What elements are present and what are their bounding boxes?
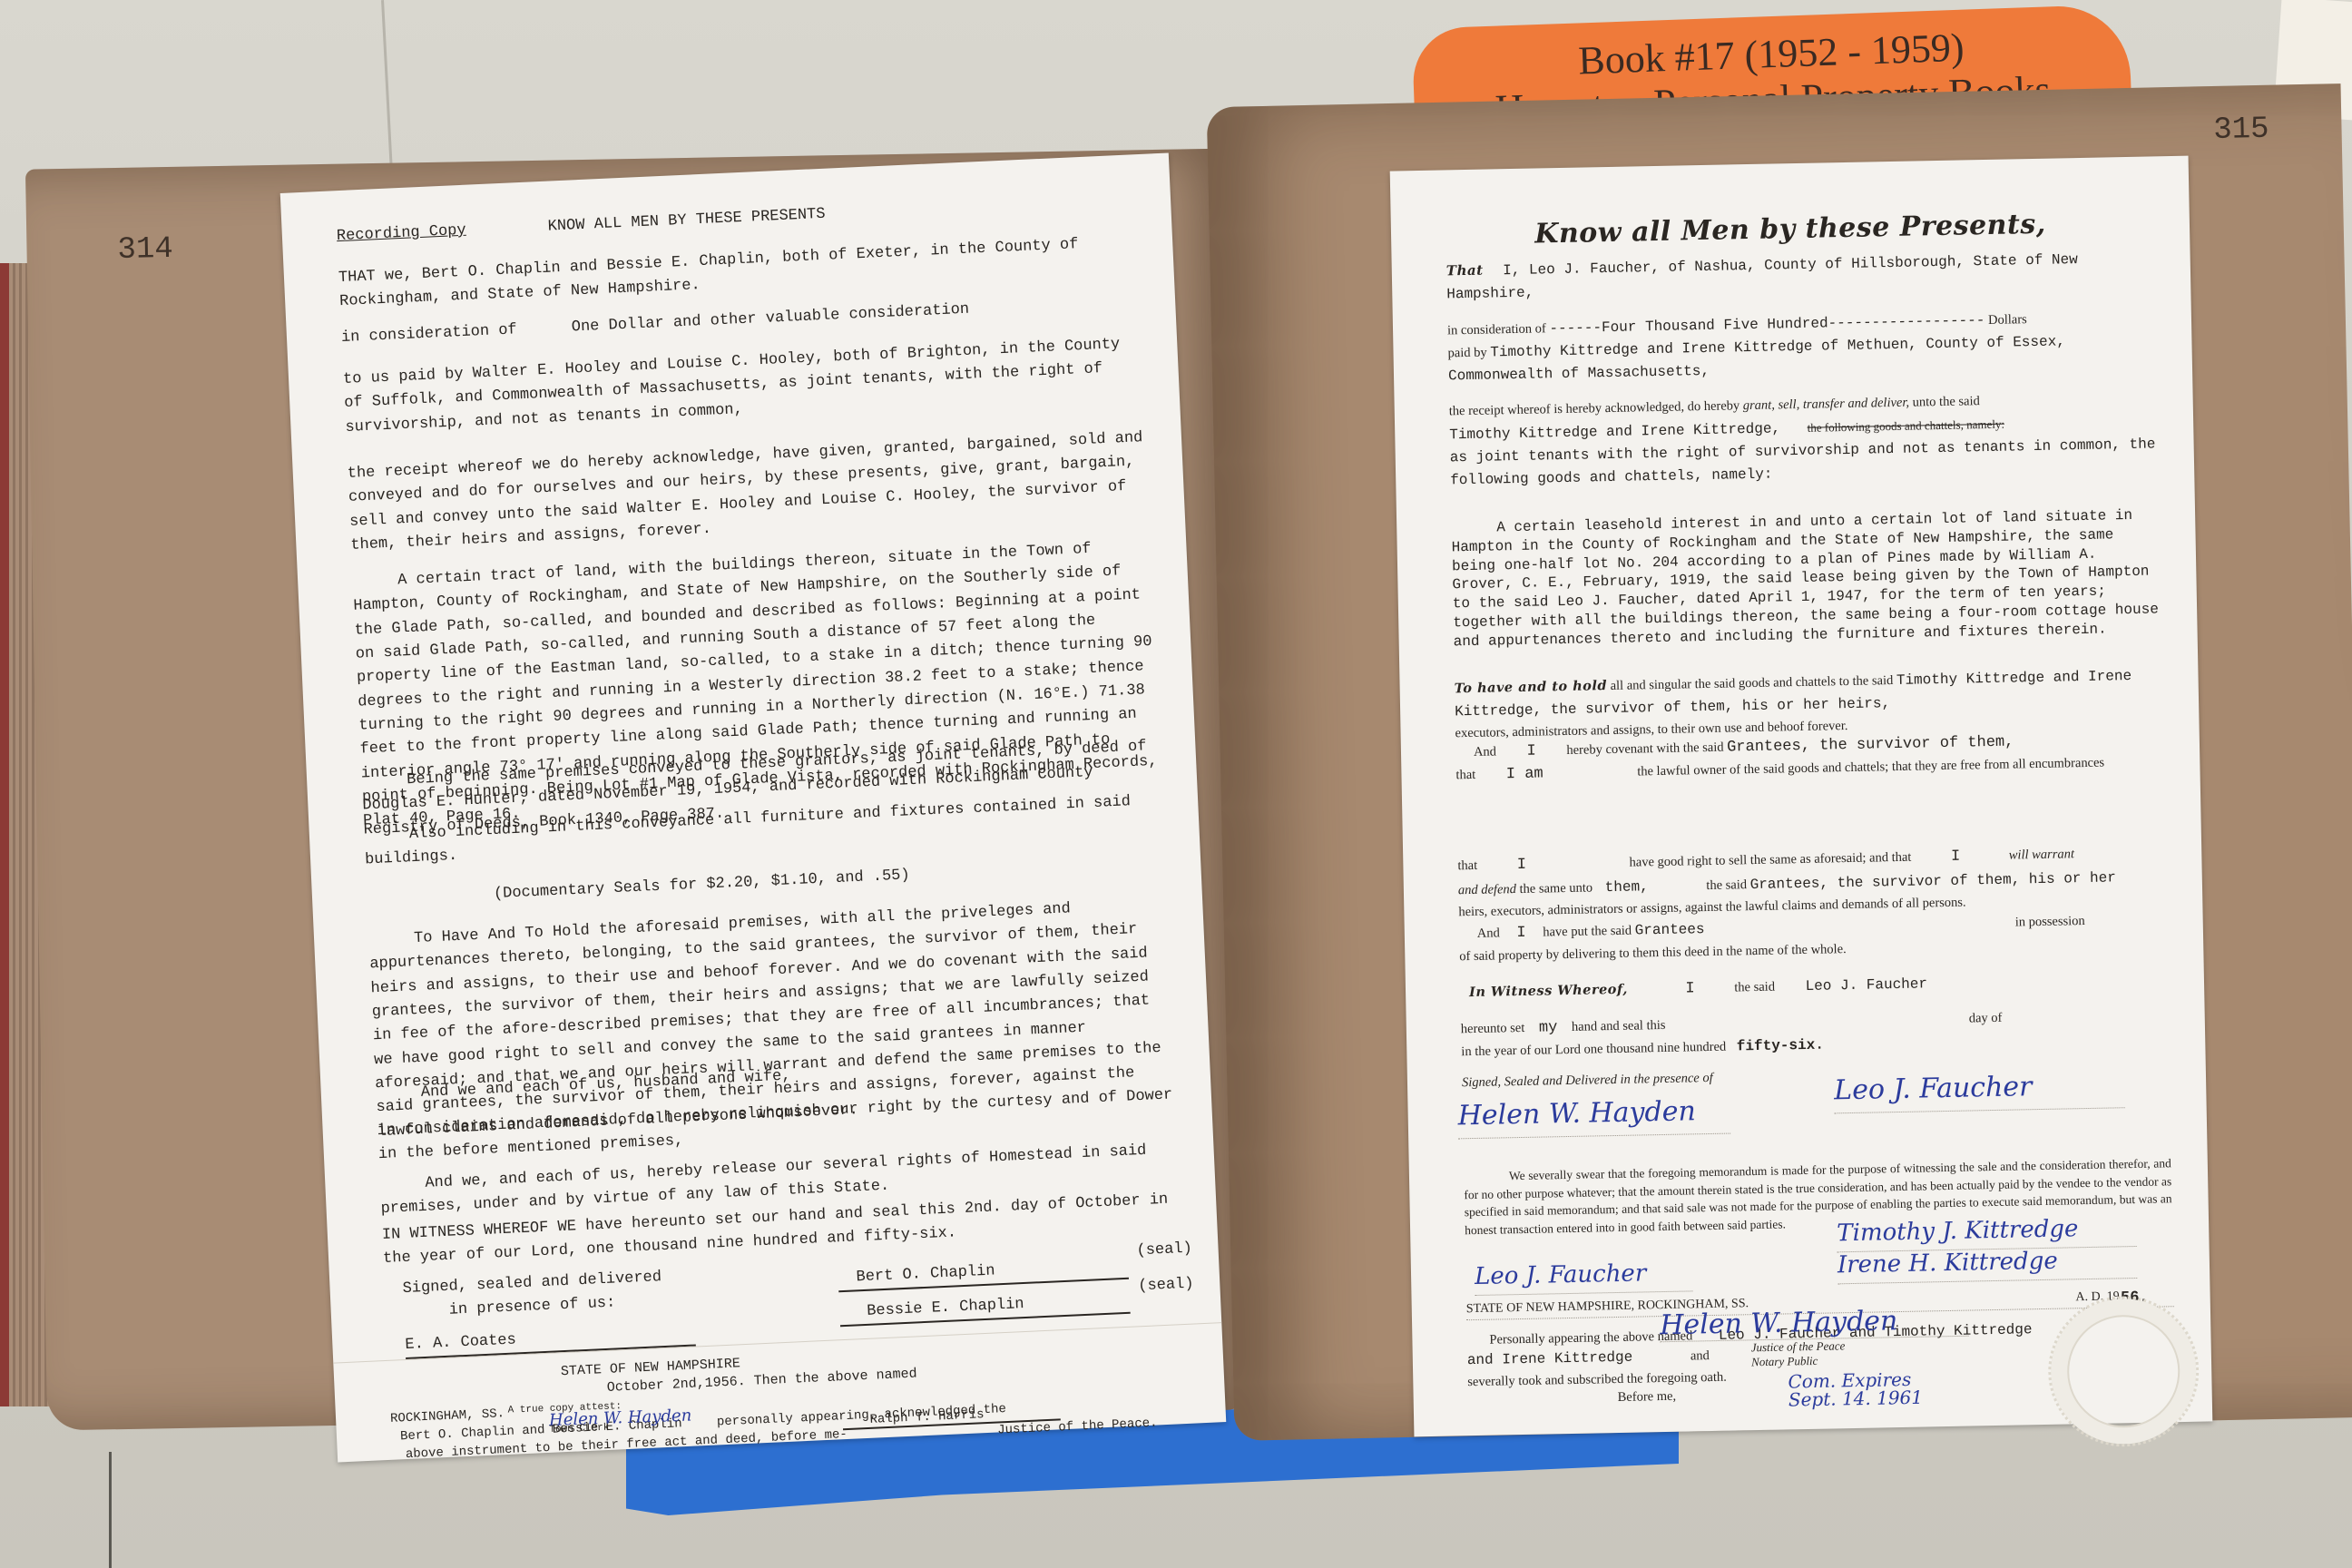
witness-signature-line: E. A. Coates [405, 1321, 696, 1360]
hereunto-my: my [1539, 1019, 1558, 1036]
payers: Timothy Kittredge and Irene Kittredge of… [1448, 333, 2065, 384]
possession-text: have put the said [1543, 924, 1632, 940]
covenant-grantees: Grantees, the survivor of them, [1727, 733, 2014, 756]
signer-2-name: Bessie E. Chaplin [839, 1296, 1024, 1321]
seal-mark-1: (seal) [1136, 1238, 1192, 1264]
covenant-text: hereby covenant with the said [1566, 740, 1723, 758]
witness-grantor-name: Leo J. Faucher [1805, 975, 1927, 995]
grantees: Walter E. Hooley and Louise C. Hooley, b… [344, 336, 1121, 436]
left-deed-sheet: Recording Copy KNOW ALL MEN BY THESE PRE… [280, 152, 1226, 1462]
witness-signature: Helen W. Hayden [1457, 1091, 1730, 1139]
defend-them: them, [1605, 878, 1649, 896]
witness-said: the said [1734, 980, 1775, 995]
consideration-label: in consideration of [341, 321, 518, 347]
in-witness-label: In Witness Whereof, [1469, 982, 1628, 1000]
possession-grantees: Grantees [1635, 921, 1705, 938]
seal-mark-2: (seal) [1138, 1273, 1194, 1299]
attestation: A true copy attest: Helen W. Hayden Town… [507, 1398, 691, 1436]
page-number-right: 315 [2213, 113, 2269, 148]
grantees-rest: as joint tenants with the right of survi… [1450, 433, 2159, 492]
receipt-clause: the receipt whereof we do hereby acknowl… [347, 426, 1149, 558]
recording-copy-label: Recording Copy [337, 222, 467, 245]
receipt-post: unto the said [1913, 394, 1980, 409]
grantor: I, Leo J. Faucher, of Nashua, County of … [1446, 251, 2078, 302]
covenant-i-am: I am [1506, 765, 1543, 783]
habendum-pre: all and singular the said goods and chat… [1610, 673, 1893, 693]
page-number-left: 314 [117, 232, 173, 268]
warrant-label: will warrant [2009, 847, 2074, 862]
witness-name: E. A. Coates [405, 1331, 516, 1354]
commission-date: Sept. 14. 1961 [1788, 1386, 1970, 1411]
defend-label: and defend [1458, 882, 1516, 897]
covenant-and: And [1474, 744, 1496, 759]
signer-1-name: Bert O. Chaplin [838, 1262, 995, 1287]
paid-by-label: paid by [1447, 346, 1486, 361]
defend-said: the said [1706, 877, 1747, 893]
signed-in-presence: Signed, Sealed and Delivered in the pres… [1462, 1071, 1713, 1090]
covenant-owner: the lawful owner of the said goods and c… [1637, 756, 2104, 779]
right-that: that [1457, 858, 1477, 873]
hereunto-rest: hand and seal this [1572, 1018, 1666, 1034]
grantor-signature: Leo J. Faucher [1834, 1064, 2125, 1113]
year-value: fifty-six. [1737, 1037, 1824, 1055]
struck-text: the following goods and chattels, namely… [1808, 417, 2005, 435]
hereunto-set: hereunto set [1461, 1021, 1525, 1036]
possession-i: I [1516, 925, 1526, 942]
habendum-label: To have and to hold [1454, 678, 1607, 696]
jurat-names-2: and Irene Kittredge [1467, 1349, 1633, 1368]
receipt-italic: grant, sell, transfer and deliver, [1743, 396, 1910, 414]
right-text: have good right to sell the same as afor… [1629, 850, 1911, 870]
covenant-that: that [1455, 768, 1475, 782]
oath-signature-irene: Irene H. Kittredge [1837, 1241, 2138, 1285]
notary-title-notary: Notary Public [1751, 1351, 1969, 1370]
receipt-pre: the receipt whereof is hereby acknowledg… [1449, 398, 1740, 418]
defend-names: Grantees, the survivor of them, his or h… [1749, 869, 2116, 893]
year-text: in the year of our Lord one thousand nin… [1461, 1040, 1726, 1060]
covenant-i: I [1526, 743, 1536, 760]
right-bill-of-sale-sheet: Know all Men by these Presents, That I, … [1390, 156, 2213, 1437]
book-cover-edge [0, 263, 9, 1406]
right-i2: I [1951, 848, 1961, 866]
right-i: I [1517, 857, 1527, 874]
consideration-label-right: in consideration of [1447, 321, 1546, 338]
table-seam [109, 1452, 112, 1568]
day-of-label: day of [1969, 1008, 2003, 1029]
dollars-label: Dollars [1988, 312, 2027, 328]
possession-and: And [1477, 926, 1500, 940]
witness-i: I [1685, 980, 1695, 997]
grantees-line: Timothy Kittredge and Irene Kittredge, [1449, 420, 1780, 443]
defend-text: the same unto [1519, 880, 1592, 897]
leasehold-description: A certain leasehold interest in and unto… [1451, 505, 2161, 652]
paid-label: to us paid by [343, 366, 464, 388]
that-label: That [1446, 262, 1484, 279]
deed-title: KNOW ALL MEN BY THESE PRESENTS [547, 206, 826, 236]
possession-label: in possession [2015, 911, 2085, 933]
oath-signature-faucher: Leo J. Faucher [1475, 1254, 1693, 1296]
consideration-value: One Dollar and other valuable considerat… [571, 301, 969, 337]
notary-block: Helen W. Hayden Justice of the Peace Not… [1660, 1304, 1970, 1414]
